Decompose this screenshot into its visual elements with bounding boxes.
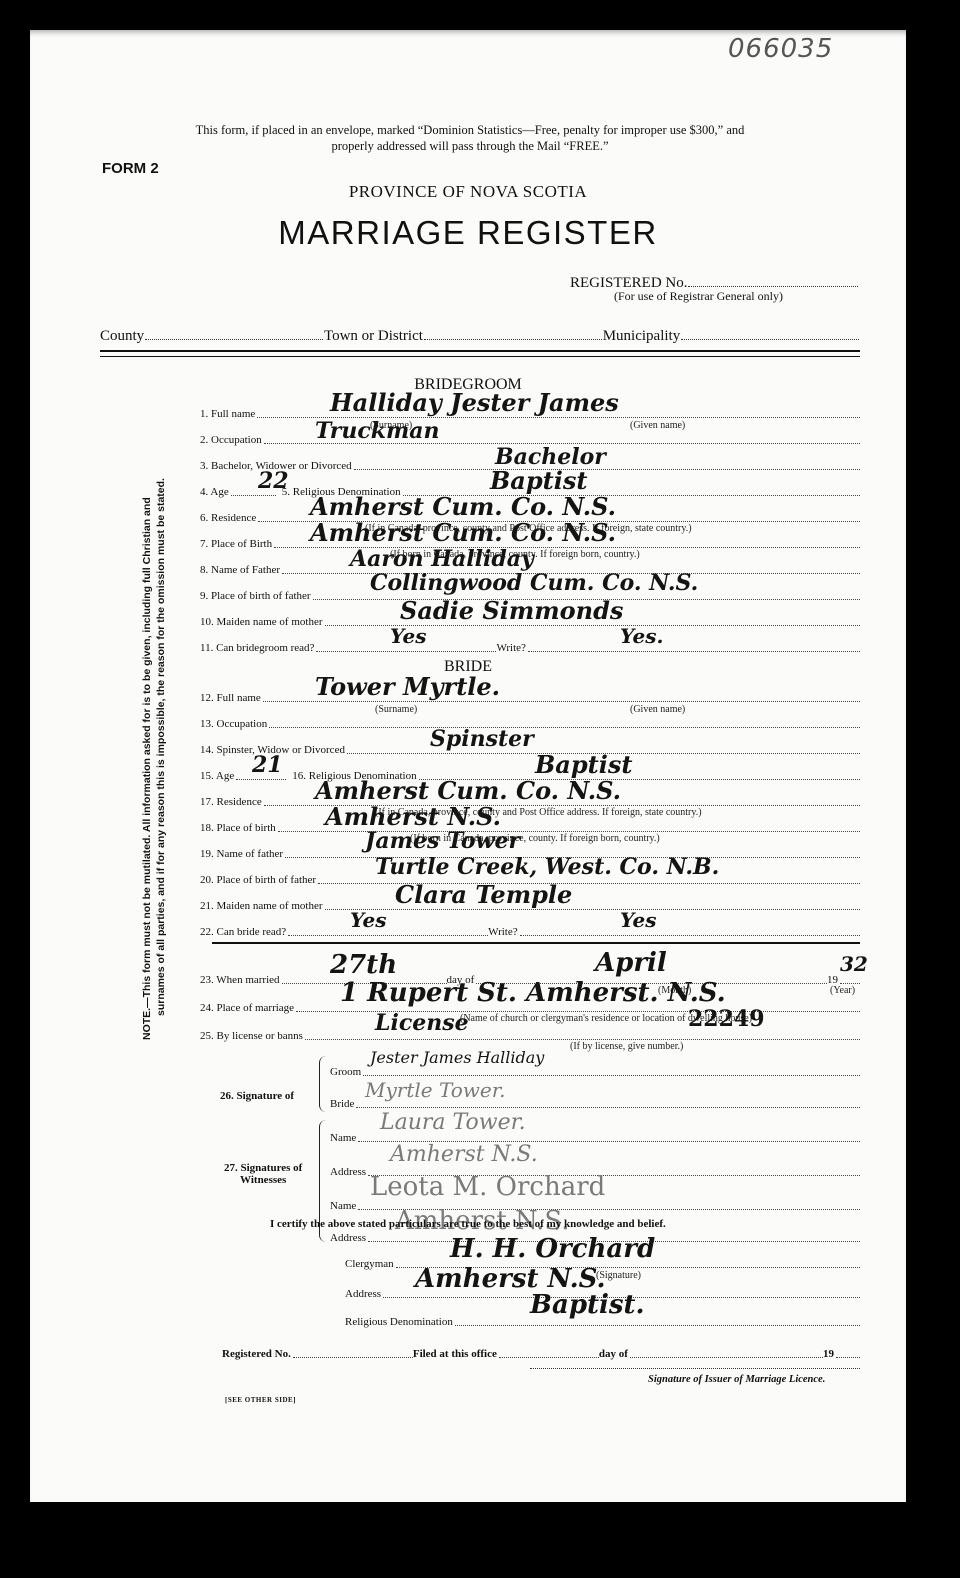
witness1-name-value: Laura Tower. bbox=[380, 1110, 526, 1135]
header-divider bbox=[100, 350, 860, 352]
signatures-label: 26. Signature of bbox=[220, 1090, 294, 1102]
bride-can-write-value: Yes bbox=[620, 908, 657, 932]
witness2-name-value: Leota M. Orchard bbox=[370, 1172, 605, 1202]
bride-denomination-value: Baptist bbox=[535, 750, 632, 779]
marriage-place-value: 1 Rupert St. Amherst. N.S. bbox=[340, 978, 726, 1008]
issuer-signature-label: Signature of Issuer of Marriage Licence. bbox=[648, 1374, 825, 1385]
license-number-value: 22249 bbox=[688, 1006, 765, 1032]
signature-brace bbox=[319, 1056, 326, 1112]
groom-full-name-value: Halliday Jester James bbox=[330, 388, 619, 417]
side-note: NOTE.—This form must not be mutilated. A… bbox=[140, 580, 168, 1040]
groom-occupation-value: Truckman bbox=[315, 418, 440, 444]
marriage-year-value: 32 bbox=[840, 952, 868, 976]
clergyman-denomination-value: Baptist. bbox=[530, 1290, 645, 1320]
groom-can-read-value: Yes bbox=[390, 624, 427, 648]
clergyman-signature-value: H. H. Orchard bbox=[450, 1234, 655, 1264]
document-number: 066035 bbox=[728, 34, 833, 64]
groom-signature-value: Jester James Halliday bbox=[370, 1048, 544, 1067]
town-field bbox=[424, 329, 602, 340]
marriage-day-value: 27th bbox=[330, 950, 397, 980]
witness1-address-value: Amherst N.S. bbox=[390, 1142, 538, 1167]
location-row: County Town or District Municipality bbox=[100, 328, 860, 345]
page-title: MARRIAGE REGISTER bbox=[30, 214, 906, 252]
bride-mother-value: Clara Temple bbox=[395, 880, 572, 909]
bride-birthplace-value: Amherst N.S. bbox=[325, 802, 501, 831]
bride-divider bbox=[212, 942, 860, 944]
county-field bbox=[145, 329, 323, 340]
bride-literacy-row: 22. Can bride read? Write? bbox=[200, 920, 860, 938]
town-label: Town or District bbox=[324, 328, 423, 345]
bride-can-read-value: Yes bbox=[350, 908, 387, 932]
municipality-field bbox=[681, 329, 859, 340]
groom-father-birthplace-value: Collingwood Cum. Co. N.S. bbox=[370, 570, 698, 596]
bride-status-value: Spinster bbox=[430, 726, 534, 752]
county-label: County bbox=[100, 328, 144, 345]
groom-literacy-row: 11. Can bridegroom read? Write? bbox=[200, 636, 860, 654]
see-other-side: [SEE OTHER SIDE] bbox=[225, 1396, 296, 1404]
registered-number-note: (For use of Registrar General only) bbox=[614, 289, 783, 304]
certification-statement: I certify the above stated particulars a… bbox=[270, 1218, 666, 1230]
bride-full-name-value: Tower Myrtle. bbox=[315, 672, 500, 701]
header-divider-thin bbox=[100, 356, 860, 357]
groom-mother-value: Sadie Simmonds bbox=[400, 596, 623, 625]
groom-father-value: Aaron Halliday bbox=[350, 546, 534, 572]
witnesses-label: 27. Signatures of Witnesses bbox=[224, 1162, 302, 1186]
bride-father-value: James Tower bbox=[365, 828, 520, 854]
bride-birthplace-row: 18. Place of birth bbox=[200, 816, 860, 834]
form-number: FORM 2 bbox=[102, 160, 159, 177]
bride-age-value: 21 bbox=[252, 752, 283, 778]
mail-notice-line1: This form, if placed in an envelope, mar… bbox=[100, 122, 840, 138]
groom-residence-value: Amherst Cum. Co. N.S. bbox=[310, 492, 616, 521]
license-hint: (If by license, give number.) bbox=[570, 1041, 683, 1052]
marriage-register-page: 066035 This form, if placed in an envelo… bbox=[30, 30, 906, 1502]
province-heading: PROVINCE OF NOVA SCOTIA bbox=[30, 182, 906, 202]
mail-notice: This form, if placed in an envelope, mar… bbox=[100, 122, 840, 154]
issuer-signature-line bbox=[530, 1368, 860, 1369]
bride-full-name-row: 12. Full name bbox=[200, 686, 860, 704]
groom-age-value: 22 bbox=[258, 468, 289, 494]
municipality-label: Municipality bbox=[603, 328, 681, 345]
registry-footer-row: Registered No. Filed at this office day … bbox=[222, 1342, 860, 1360]
marriage-month-value: April bbox=[595, 948, 667, 978]
groom-denomination-value: Baptist bbox=[490, 466, 587, 495]
mail-notice-line2: properly addressed will pass through the… bbox=[100, 138, 840, 154]
bride-signature-value: Myrtle Tower. bbox=[365, 1078, 505, 1102]
groom-can-write-value: Yes. bbox=[620, 624, 664, 648]
license-value: License bbox=[375, 1010, 469, 1036]
groom-birthplace-value: Amherst Cum. Co. N.S. bbox=[310, 518, 616, 547]
year-hint: (Year) bbox=[830, 985, 855, 996]
bride-father-birthplace-value: Turtle Creek, West. Co. N.B. bbox=[375, 854, 719, 880]
bride-residence-value: Amherst Cum. Co. N.S. bbox=[315, 776, 621, 805]
